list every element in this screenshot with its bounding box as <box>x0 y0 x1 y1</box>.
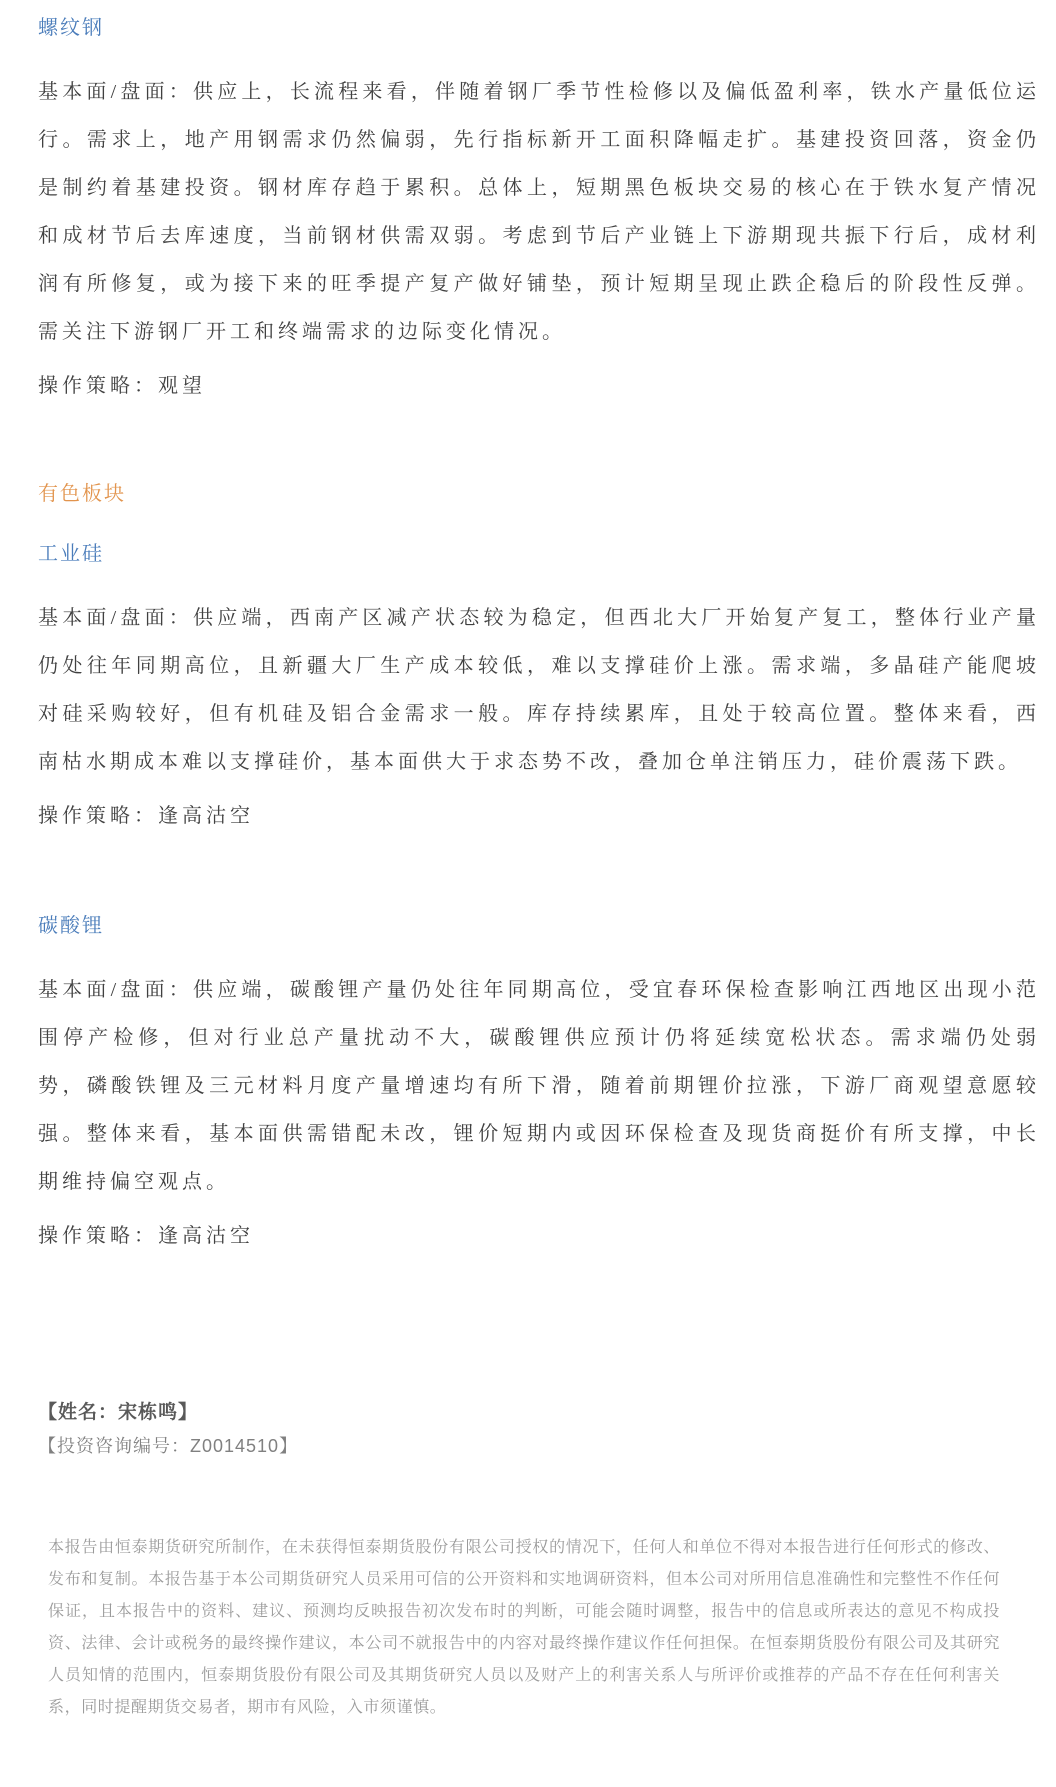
section-heading-rebar: 螺纹钢 <box>38 14 1040 42</box>
analyst-name-line: 【姓名：宋栋鸣】 <box>38 1400 1040 1426</box>
section-heading-industrial-silicon: 工业硅 <box>38 540 1040 568</box>
futures-research-report-page: 螺纹钢 基本面/盘面：供应上，长流程来看，伴随着钢厂季节性检修以及偏低盈利率，铁… <box>0 0 1056 1787</box>
report-disclaimer-text: 本报告由恒泰期货研究所制作，在未获得恒泰期货股份有限公司授权的情况下，任何人和单… <box>48 1532 1000 1724</box>
rebar-analysis-paragraph: 基本面/盘面：供应上，长流程来看，伴随着钢厂季节性检修以及偏低盈利率，铁水产量低… <box>38 68 1040 356</box>
analyst-info-block: 【姓名：宋栋鸣】 【投资咨询编号：Z0014510】 <box>38 1400 1040 1458</box>
lithium-strategy-line: 操作策略：逢高沽空 <box>38 1212 1040 1260</box>
silicon-strategy-line: 操作策略：逢高沽空 <box>38 792 1040 840</box>
silicon-analysis-paragraph: 基本面/盘面：供应端，西南产区减产状态较为稳定，但西北大厂开始复产复工，整体行业… <box>38 594 1040 786</box>
section-heading-lithium-carbonate: 碳酸锂 <box>38 912 1040 940</box>
analyst-license-number-line: 【投资咨询编号：Z0014510】 <box>38 1434 1040 1458</box>
section-heading-nonferrous-sector: 有色板块 <box>38 480 1040 508</box>
rebar-strategy-line: 操作策略：观望 <box>38 362 1040 410</box>
lithium-analysis-paragraph: 基本面/盘面：供应端，碳酸锂产量仍处往年同期高位，受宜春环保检查影响江西地区出现… <box>38 966 1040 1206</box>
